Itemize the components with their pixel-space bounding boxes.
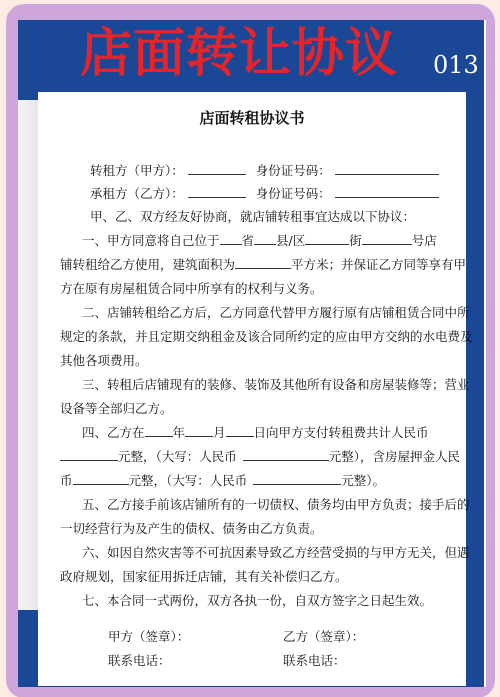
province-blank[interactable]	[220, 232, 242, 245]
clause3-line2: 设备等全部归乙方。	[60, 400, 173, 418]
right-edge	[484, 20, 486, 687]
year-blank[interactable]	[145, 424, 173, 437]
clause1-line3: 方在原有房屋租赁合同中所享有的权利与义务。	[60, 280, 323, 298]
party-a-name-blank[interactable]	[188, 162, 246, 175]
clause2-line2: 规定的条款，并且定期交纳租金及该合同所约定的应由甲方交纳的水电费及	[60, 328, 473, 346]
party-b-phone[interactable]: 联系电话：	[283, 652, 346, 670]
fee-uppercase-blank[interactable]	[243, 448, 329, 461]
party-a-id-blank[interactable]	[335, 162, 439, 175]
deposit-amount-blank[interactable]	[73, 472, 129, 485]
document-title: 店面转租协议书	[38, 108, 466, 128]
party-b-label: 承租方（乙方）：	[90, 186, 184, 201]
street-blank[interactable]	[305, 232, 349, 245]
clause7-line1: 七、本合同一式两份，双方各执一份，自双方签字之日起生效。	[82, 592, 432, 610]
street-label: 街	[349, 233, 362, 248]
province-label: 省	[242, 233, 255, 248]
party-a-id-label: 身份证号码：	[256, 163, 331, 178]
party-b-line: 承租方（乙方）： 身份证号码：	[90, 185, 439, 203]
party-a-label: 转租方（甲方）：	[90, 163, 184, 178]
clause5-line1: 五、乙方接手前该店铺所有的一切债权、债务均由甲方负责；接手后的	[82, 496, 470, 514]
area-blank[interactable]	[235, 256, 291, 269]
county-label: 县/区	[276, 233, 305, 248]
clause4-text-b: 日向甲方支付转租费共计人民币	[254, 425, 429, 440]
document-paper: 店面转租协议书 转租方（甲方）： 身份证号码： 承租方（乙方）： 身份证号码： …	[38, 92, 466, 686]
clause1-line2: 铺转租给乙方使用，建筑面积为平方米；并保证乙方同等享有甲	[60, 256, 466, 274]
year-label: 年	[173, 425, 186, 440]
clause6-line2: 政府规划，国家征用拆迁店铺，其有关补偿归乙方。	[60, 568, 348, 586]
clause1-line1: 一、甲方同意将自己位于省县/区街号店	[82, 232, 437, 250]
month-label: 月	[213, 425, 226, 440]
clause2-line3: 其他各项费用。	[60, 352, 148, 370]
deposit-label: 元整），含房屋押金人民	[329, 449, 460, 464]
day-blank[interactable]	[226, 424, 254, 437]
clause4-text-a: 四、乙方在	[82, 425, 145, 440]
banner-number: 013	[433, 50, 479, 80]
intro-text: 甲、乙、双方经友好协商，就店铺转租事宜达成以下协议：	[90, 208, 415, 226]
party-a-signature[interactable]: 甲方（签章）：	[108, 628, 189, 646]
clause1-area-unit: 平方米；并保证乙方同等享有甲	[291, 257, 466, 272]
month-blank[interactable]	[185, 424, 213, 437]
party-b-signature[interactable]: 乙方（签章）：	[283, 628, 364, 646]
clause4-line3: 币元整，（大写：人民币元整）。	[60, 472, 385, 490]
clause6-line1: 六、如因自然灾害等不可抗因素导致乙方经营受损的与甲方无关，但遇	[82, 544, 470, 562]
deposit-currency: 币	[60, 473, 73, 488]
clause1-text-a: 一、甲方同意将自己位于	[82, 233, 220, 248]
left-strip	[18, 100, 38, 610]
party-a-line: 转租方（甲方）： 身份证号码：	[90, 162, 439, 180]
clause5-line2: 一切经营行为及产生的债权、债务由乙方负责。	[60, 520, 323, 538]
party-b-id-blank[interactable]	[335, 185, 439, 198]
county-blank[interactable]	[254, 232, 276, 245]
deposit-uppercase-blank[interactable]	[253, 472, 341, 485]
clause4-line2: 元整，（大写：人民币元整），含房屋押金人民	[60, 448, 460, 466]
number-label: 号店	[412, 233, 437, 248]
party-a-phone[interactable]: 联系电话：	[108, 652, 171, 670]
number-blank[interactable]	[362, 232, 412, 245]
banner-title: 店面转让协议	[80, 24, 420, 84]
fee-uppercase-label: 元整，（大写：人民币	[118, 449, 237, 464]
party-b-name-blank[interactable]	[188, 185, 246, 198]
clause2-line1: 二、店铺转租给乙方后，乙方同意代替甲方履行原有店铺租赁合同中所	[82, 304, 470, 322]
clause1-area-text: 铺转租给乙方使用，建筑面积为	[60, 257, 235, 272]
party-b-id-label: 身份证号码：	[256, 186, 331, 201]
deposit-uppercase-label: 元整，（大写：人民币	[129, 473, 248, 488]
deposit-end: 元整）。	[341, 473, 385, 488]
clause4-line1: 四、乙方在年月日向甲方支付转租费共计人民币	[82, 424, 429, 442]
fee-amount-blank[interactable]	[60, 448, 118, 461]
clause3-line1: 三、转租后店铺现有的装修、装饰及其他所有设备和房屋装修等；营业	[82, 376, 470, 394]
